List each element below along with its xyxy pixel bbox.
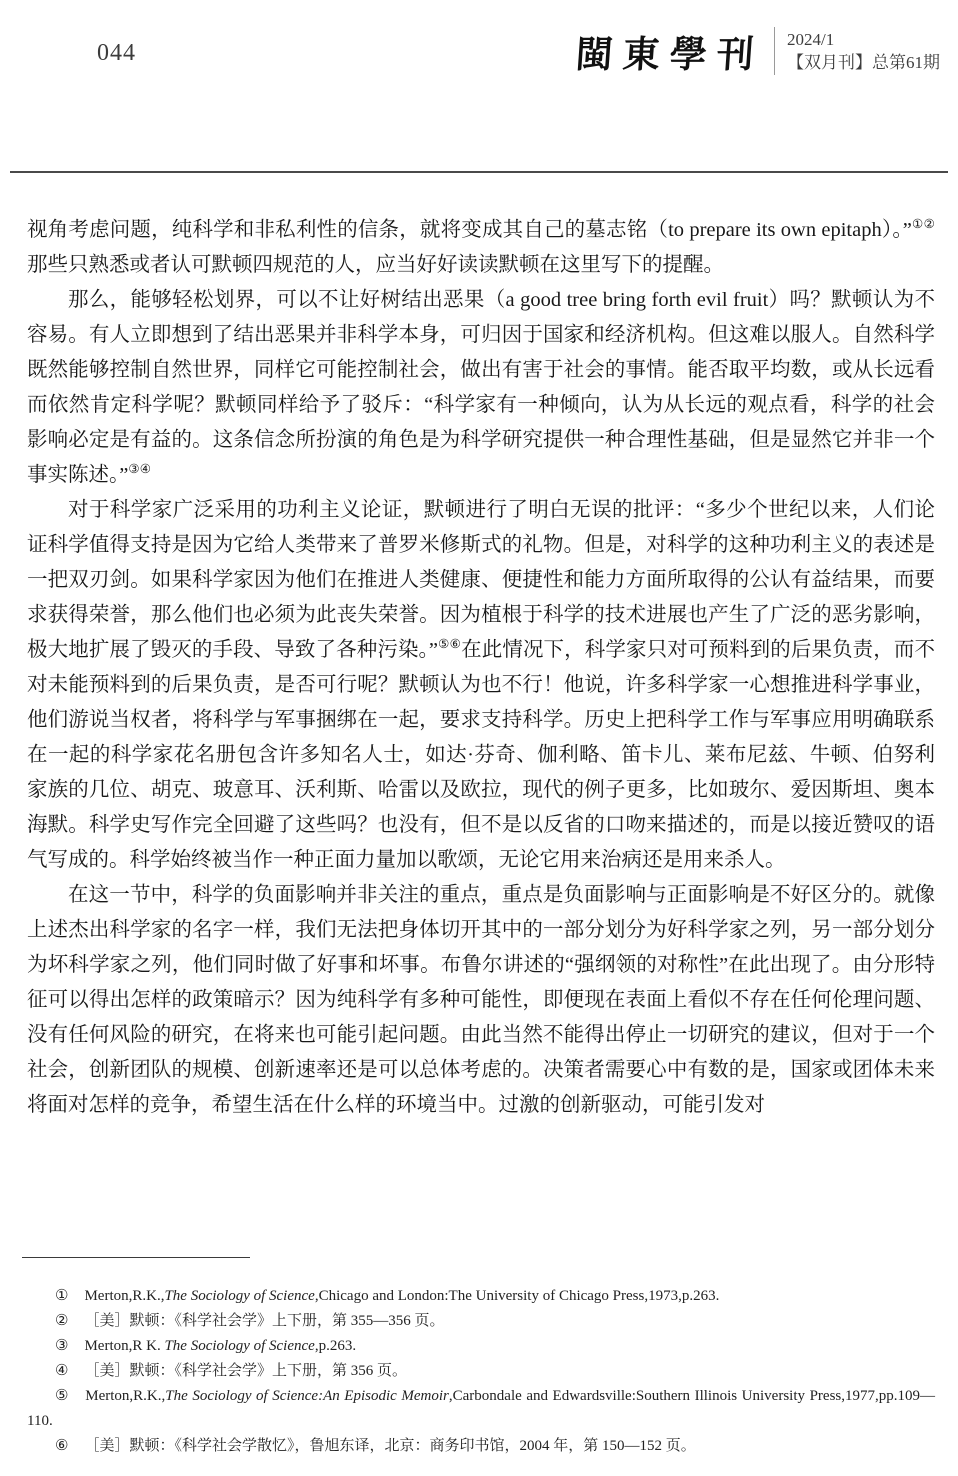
paragraph: 对于科学家广泛采用的功利主义论证，默顿进行了明白无误的批评：“多少个世纪以来，人… — [27, 493, 935, 878]
journal-page: 044 閩東學刊 2024/1 【双月刊】总第61期 视角考虑问题，纯科学和非私… — [0, 0, 958, 1476]
text-run: 在此情况下，科学家只对可预料到的后果负责，而不对未能预料到的后果负责，是否可行呢… — [27, 639, 935, 871]
footnote-marker: ⑤ — [55, 1388, 69, 1404]
footnote: ④［美］默顿：《科学社会学》上下册，第 356 页。 — [27, 1359, 935, 1384]
paragraph: 那么，能够轻松划界，可以不让好树结出恶果（a good tree bring f… — [27, 283, 935, 493]
paragraph: 视角考虑问题，纯科学和非私利性的信条，就将变成其自己的墓志铭（to prepar… — [27, 213, 935, 283]
footnote: ②［美］默顿：《科学社会学》上下册，第 355—356 页。 — [27, 1309, 935, 1334]
footnote: ①Merton,R.K.,The Sociology of Science,Ch… — [27, 1284, 935, 1309]
text-run: The Sociology of Science — [164, 1338, 314, 1354]
footnote-text: ［美］默顿：《科学社会学》上下册，第 356 页。 — [84, 1363, 407, 1379]
masthead-divider — [774, 27, 775, 75]
footnote-text: Merton,R.K.,The Sociology of Science:An … — [27, 1388, 935, 1429]
text-run: ［美］默顿：《科学社会学散忆》，鲁旭东译，北京：商务印书馆，2004 年，第 1… — [84, 1438, 695, 1454]
page-number: 044 — [97, 40, 136, 67]
paragraph: 在这一节中，科学的负面影响并非关注的重点，重点是负面影响与正面影响是不好区分的。… — [27, 878, 935, 1123]
text-run: 那些只熟悉或者认可默顿四规范的人，应当好好读读默顿在这里写下的提醒。 — [27, 254, 724, 276]
footnote-marker: ⑥ — [55, 1438, 68, 1454]
text-run: The Sociology of Science — [164, 1288, 314, 1304]
footnote-reference: ①② — [912, 217, 935, 231]
footnote-marker: ② — [55, 1313, 68, 1329]
text-run: ［美］默顿：《科学社会学》上下册，第 355—356 页。 — [84, 1313, 444, 1329]
footnote-text: ［美］默顿：《科学社会学》上下册，第 355—356 页。 — [84, 1313, 444, 1329]
footnote: ③Merton,R K. The Sociology of Science,p.… — [27, 1334, 935, 1359]
header-rule — [10, 171, 948, 173]
footnote: ⑤Merton,R.K.,The Sociology of Science:An… — [27, 1384, 935, 1434]
footnote-marker: ④ — [55, 1363, 68, 1379]
issue-block: 2024/1 【双月刊】总第61期 — [787, 28, 940, 74]
footnote: ⑥［美］默顿：《科学社会学散忆》，鲁旭东译，北京：商务印书馆，2004 年，第 … — [27, 1434, 935, 1459]
text-run: 视角考虑问题，纯科学和非私利性的信条，就将变成其自己的墓志铭（to prepar… — [27, 219, 912, 241]
masthead: 閩東學刊 2024/1 【双月刊】总第61期 — [576, 24, 940, 78]
article-body: 视角考虑问题，纯科学和非私利性的信条，就将变成其自己的墓志铭（to prepar… — [27, 213, 935, 1123]
footnote-text: Merton,R.K.,The Sociology of Science,Chi… — [84, 1288, 719, 1304]
footnote-marker: ③ — [55, 1338, 68, 1354]
text-run: Merton,R.K., — [84, 1288, 164, 1304]
text-run: 对于科学家广泛采用的功利主义论证，默顿进行了明白无误的批评：“多少个世纪以来，人… — [27, 499, 935, 661]
text-run: ［美］默顿：《科学社会学》上下册，第 356 页。 — [84, 1363, 407, 1379]
text-run: The Sociology of Science:An Episodic Mem… — [165, 1388, 449, 1404]
footnote-rule — [22, 1257, 250, 1258]
footnote-text: ［美］默顿：《科学社会学散忆》，鲁旭东译，北京：商务印书馆，2004 年，第 1… — [84, 1438, 695, 1454]
text-run: Merton,R.K., — [85, 1388, 165, 1404]
footnotes: ①Merton,R.K.,The Sociology of Science,Ch… — [27, 1284, 935, 1459]
footnote-reference: ⑤⑥ — [438, 637, 461, 651]
text-run: 那么，能够轻松划界，可以不让好树结出恶果（a good tree bring f… — [27, 289, 935, 486]
text-run: 在这一节中，科学的负面影响并非关注的重点，重点是负面影响与正面影响是不好区分的。… — [27, 884, 935, 1116]
journal-name: 閩東學刊 — [574, 24, 770, 78]
issue-info: 【双月刊】总第61期 — [787, 51, 940, 74]
text-run: ,Chicago and London:The University of Ch… — [315, 1288, 720, 1304]
footnote-reference: ③④ — [128, 462, 151, 476]
issue-date: 2024/1 — [787, 28, 940, 51]
text-run: ,p.263. — [315, 1338, 356, 1354]
footnote-marker: ① — [55, 1288, 68, 1304]
footnote-text: Merton,R K. The Sociology of Science,p.2… — [84, 1338, 356, 1354]
text-run: Merton,R K. — [84, 1338, 164, 1354]
